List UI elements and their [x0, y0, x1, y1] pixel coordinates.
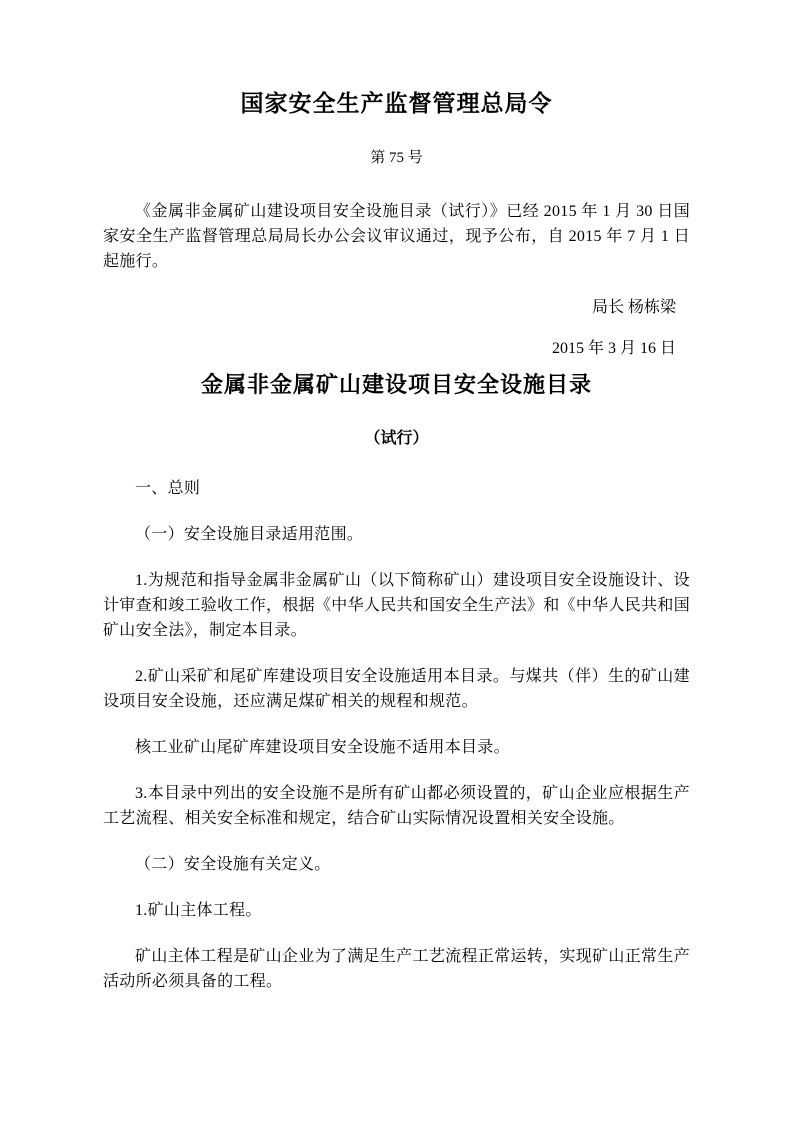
clause-2-heading-definitions: （二）安全设施有关定义。: [103, 852, 690, 877]
doc-title: 国家安全生产监督管理总局令: [103, 88, 690, 120]
intro-paragraph: 《金属非金属矿山建设项目安全设施目录（试行）》已经 2015 年 1 月 30 …: [103, 199, 690, 274]
paragraph-scope-item-2: 2.矿山采矿和尾矿库建设项目安全设施适用本目录。与煤共（伴）生的矿山建设项目安全…: [103, 664, 690, 714]
paragraph-scope-item-3: 3.本目录中列出的安全设施不是所有矿山都必须设置的，矿山企业应根据生产工艺流程、…: [103, 781, 690, 831]
paragraph-nuclear-exclusion: 核工业矿山尾矿库建设项目安全设施不适用本目录。: [103, 735, 690, 760]
date-line: 2015 年 3 月 16 日: [103, 336, 690, 361]
clause-1-heading-scope: （一）安全设施目录适用范围。: [103, 522, 690, 547]
paragraph-definition-1-body: 矿山主体工程是矿山企业为了满足生产工艺流程正常运转，实现矿山正常生产活动所必须具…: [103, 944, 690, 994]
paragraph-definition-1-heading: 1.矿山主体工程。: [103, 898, 690, 923]
document-page: 国家安全生产监督管理总局令 第 75 号 《金属非金属矿山建设项目安全设施目录（…: [0, 0, 793, 1122]
signature-line: 局长 杨栋梁: [103, 295, 690, 320]
section-heading-general-rules: 一、总则: [103, 476, 690, 501]
catalog-subtitle: （试行）: [103, 427, 690, 451]
order-number: 第 75 号: [103, 148, 690, 169]
catalog-title: 金属非金属矿山建设项目安全设施目录: [103, 369, 690, 401]
paragraph-scope-item-1: 1.为规范和指导金属非金属矿山（以下简称矿山）建设项目安全设施设计、设计审查和竣…: [103, 568, 690, 643]
